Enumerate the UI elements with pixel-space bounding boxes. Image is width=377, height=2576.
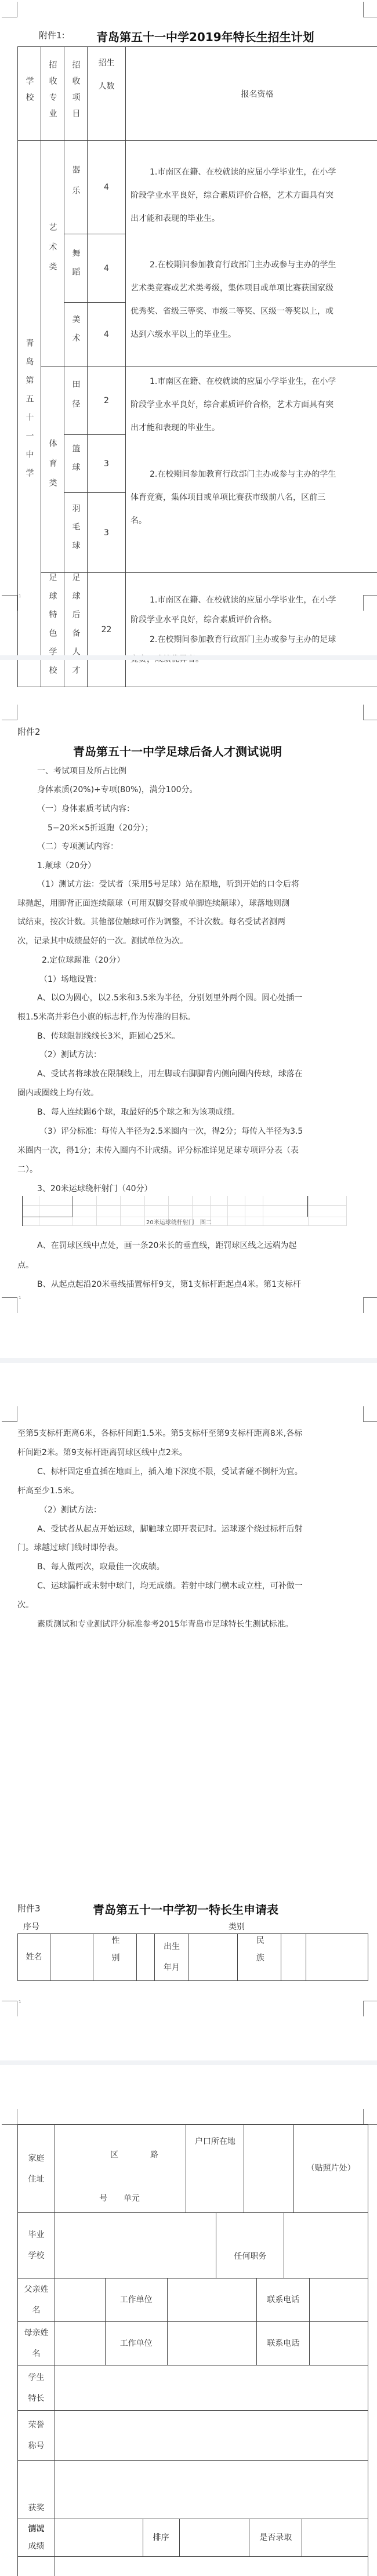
paragraph: （1）测试方法：受试者（采用5号足球）站在原地，听到开始的口令后将 [37,879,299,890]
crop-mark [363,2001,377,2016]
paragraph: 5−20米×5折返跑（20分）； [48,822,153,834]
paragraph: B、每人做两次，取最佳一次成绩。 [37,1561,165,1573]
honors-label: 荣誉称号 [18,2411,55,2461]
item-cell: 舞蹈 [64,234,88,303]
page-separator [0,2060,377,2065]
figure-caption: 20米运球绕杆射门 图二 [146,1217,212,1226]
item-cell: 篮球 [64,435,88,493]
district-label: 区 [110,2149,118,2161]
blank-cell [306,1934,368,1981]
mother-work-label: 工作单位 [105,2322,167,2365]
score-row: 测试成绩 排序 是否录取 [17,2519,368,2557]
attachment-label: 附件1: [39,29,65,41]
address-row: 家庭住址 区 路 号 单元 户口所在地 （贴照片处） [17,2124,368,2213]
birth-label: 出生年月 [155,1934,188,1981]
qualification-cell: 1.市南区在籍、在校就读的应届小学毕业生，在小学 阶段学业水平良好，综合素质评价… [126,573,377,687]
test-score-label: 测试成绩 [18,2519,55,2557]
paragraph: 圈内或圈线上均有效。 [17,1087,99,1099]
mother-work-input[interactable] [167,2322,257,2365]
father-work-label: 工作单位 [105,2279,167,2322]
admitted-input[interactable] [302,2519,368,2557]
item-cell: 美术 [64,303,88,367]
crop-mark [2,2,17,17]
ethnicity-label: 民族 [238,1934,281,1981]
school-cell: 青岛第五十一中学 [18,141,41,687]
position-label: 任何职务 [216,2213,284,2279]
header-major: 招收专业 [41,47,64,141]
paragraph: B、传球限制线线长3米，距圆心25米。 [37,1031,180,1042]
dribble-field-figure: 20米运球绕杆射门 图二 [22,1196,347,1226]
position-input[interactable] [284,2213,368,2279]
table-row: 体育类 田径 2 1.市南区在籍、在校就读的应届小学毕业生，在小学 阶段学业水平… [18,367,377,435]
crop-mark [363,595,377,611]
paragraph: A、受试者从起点开始运球，脚触球立即开表记时。运球逐个绕过标杆后射 [37,1523,303,1535]
paragraph: 身体素质(20%)+专项(80%)，满分100分。 [37,784,198,796]
mother-phone-label: 联系电话 [257,2322,310,2365]
paragraph: B、每人连续踢6个球，取最好的5个球之和为该项成绩。 [37,1106,240,1118]
page-number: 1 [19,594,21,598]
hukou-label: 户口所在地 [186,2125,244,2213]
start-line [307,1196,308,1217]
road-label: 路 [150,2149,158,2161]
hukou-input[interactable] [244,2125,294,2213]
page-number: 1 [19,2000,21,2004]
header-qualification: 报名资格 [126,47,377,141]
serial-label: 序号 [23,1921,39,1932]
page-number: 1 [19,1296,21,1300]
header-item: 招收项目 [64,47,88,141]
awards-row: 获奖情况 [17,2460,368,2576]
mother-row: 母亲姓 名 工作单位 联系电话 [17,2321,368,2365]
item-cell: 羽毛球 [64,493,88,573]
father-name-input[interactable] [55,2279,105,2322]
penalty-box-line [22,1217,72,1217]
paragraph: 二）。 [17,1164,38,1175]
header-school: 学校 [18,47,41,141]
gender-input[interactable] [136,1934,154,1981]
page-separator [0,655,377,660]
gender-label: 性别 [93,1934,136,1981]
page-title: 青岛第五十一中学2019年特长生招生计划 [96,28,314,45]
photo-area[interactable]: （贴照片处） [294,2125,368,2213]
paragraph: （3）评分标准：每传入半径为2.5米圈内一次，得2分；每传入半径为3.5 [39,1126,303,1137]
qualification-cell: 1.市南区在籍、在校就读的应届小学毕业生，在小学 阶段学业水平良好，综合素质评价… [126,141,377,367]
admitted-label: 是否录取 [249,2519,302,2557]
count-cell: 22 [88,573,126,687]
page-separator [0,1358,377,1363]
count-cell: 4 [88,234,126,303]
item-cell: 足球后备人才 [64,573,88,687]
paragraph: C、标杆固定垂直插在地面上，插入地下深度不限，受试者碰不倒杆为宜。 [37,1466,303,1478]
crop-mark [363,2109,377,2125]
item-cell: 田径 [64,367,88,435]
father-phone-label: 联系电话 [257,2279,310,2322]
item-cell: 器乐 [64,141,88,234]
mother-name-input[interactable] [55,2322,105,2365]
name-label: 姓名 [18,1934,50,1981]
page-title: 青岛第五十一中学足球后备人才测试说明 [73,742,282,759]
paragraph: 试结束，按次计数。其他部位触球可作为调整，不计次数。每名受试者测两 [17,916,285,928]
paragraph: 杆间距2米。第9支标杆距离罚球区线中点2米。 [17,1447,187,1458]
name-input[interactable] [50,1934,93,1981]
grad-school-label: 毕业学校 [18,2213,55,2279]
penalty-box-side [72,1196,72,1217]
crop-mark [2,2109,17,2125]
table-row: 姓名 性别 出生年月 民族 [18,1934,368,1981]
attachment-label: 附件3 [17,1902,41,1914]
paragraph: 次。 [17,1599,34,1611]
paragraph: 次，记录其中成绩最好的一次。测试单位为次。 [17,935,188,947]
crop-mark [2,2001,17,2016]
paragraph: C、运球漏杆或未射中球门，均无成绩。若射中球门横木或立柱，可补做一 [37,1580,303,1592]
paragraph: 3、20米运球绕杆射门（40分） [37,1183,153,1195]
crop-mark [2,1297,17,1313]
specialty-input[interactable] [55,2365,368,2411]
paragraph: B、从起点起沿20米垂线插置标杆9支，第1支标杆距起点4米。第1支标杆 [37,1279,301,1290]
rank-label: 排序 [143,2519,179,2557]
home-address-label: 家庭住址 [18,2125,55,2213]
count-cell: 2 [88,367,126,435]
birth-input[interactable] [188,1934,238,1981]
paragraph: A、受试者将球放在限制线上，用左脚或右脚脚背内侧向圈内传球，球落在 [37,1068,303,1080]
crop-mark [363,1406,377,1422]
table-header-row: 学校 招收专业 招收项目 招生人数 报名资格 [18,47,377,141]
crop-mark [2,1406,17,1422]
paragraph: A、以O为圆心，以2.5米和3.5米为半径，分别划里外两个圆。圆心处插一 [37,992,302,1004]
mother-name-label: 母亲姓 名 [18,2322,55,2365]
honors-row: 荣誉称号 [17,2410,368,2461]
paragraph: （2）测试方法： [39,1504,101,1516]
number-label: 号 [99,2193,107,2204]
father-name-label: 父亲姓 名 [18,2279,55,2322]
grad-school-input[interactable] [55,2213,216,2279]
category-cell: 体育类 [41,367,64,573]
attachment-label: 附件2 [17,725,41,738]
mother-phone-input[interactable] [310,2322,368,2365]
paragraph: 素质测试和专业测试评分标准参考2015年青岛市足球特长生测试标准。 [37,1619,293,1630]
rank-input[interactable] [179,2519,249,2557]
category-label: 类别 [229,1921,245,1932]
father-work-input[interactable] [167,2279,257,2322]
section-heading: 一、考试项目及所占比例 [37,765,126,777]
paragraph: 杆高至少1.5米。 [17,1485,79,1497]
header-count: 招生人数 [88,47,126,141]
category-cell: 艺术类 [41,141,64,367]
goal-post-left [22,1196,23,1226]
specialty-label: 学生特长 [18,2365,55,2411]
paragraph: 米圈内一次，得1分；未传入圈内不计成绩。评分标准详见足球专项评分表（表 [17,1145,299,1156]
paragraph: （2）测试方法： [39,1049,101,1061]
paragraph: 至第5支标杆距离6米，各标杆间距1.5米。第5支标杆至第9支标杆距离8米,各标 [17,1428,302,1439]
enrollment-plan-table: 学校 招收专业 招收项目 招生人数 报名资格 青岛第五十一中学 艺术类 器乐 4… [17,46,377,687]
paragraph: 2.定位球踢准（20分） [42,955,125,966]
school-row: 毕业学校 任何职务 [17,2212,368,2279]
application-form-basic: 姓名 性别 出生年月 民族 [17,1933,368,1981]
paragraph: 球抛起，用脚背正面连续颠球（可用双脚交替或单脚连续颠球），球落地则测 [17,898,289,909]
paragraph: 门。球越过球门线时即停表。 [17,1542,123,1554]
paragraph: （1）场地设置： [39,974,101,985]
father-row: 父亲姓 名 工作单位 联系电话 [17,2278,368,2322]
test-score-input[interactable] [55,2519,143,2557]
paragraph: 根1.5米高并彩色小旗的标志杆,作为传准的目标。 [17,1011,195,1023]
paragraph: 点。 [17,1260,34,1271]
paragraph: A、在罚球区线中点处，画一条20米长的垂直线，距罚球区线之远端为起 [37,1240,296,1251]
paragraph: （二）专项测试内容： [37,841,118,852]
paragraph: 1.颠球（20分） [37,860,96,872]
crop-mark [363,1297,377,1313]
count-cell: 4 [88,303,126,367]
crop-mark [363,2,377,17]
page-title: 青岛第五十一中学初一特长生申请表 [93,1900,278,1917]
category-cell: 足球特色学校 [41,573,64,687]
father-phone-input[interactable] [310,2279,368,2322]
count-cell: 3 [88,435,126,493]
application-form-details: 家庭住址 区 路 号 单元 户口所在地 （贴照片处） 毕业学校 任何职务 父亲姓… [17,2124,368,2557]
crop-mark [2,705,17,720]
honors-input[interactable] [55,2411,368,2461]
unit-label: 单元 [124,2193,140,2204]
specialty-row: 学生特长 [17,2365,368,2411]
qualification-cell: 1.市南区在籍、在校就读的应届小学毕业生，在小学 阶段学业水平良好，综合素质评价… [126,367,377,573]
table-row: 青岛第五十一中学 艺术类 器乐 4 1.市南区在籍、在校就读的应届小学毕业生，在… [18,141,377,234]
crop-mark [363,705,377,720]
count-cell: 4 [88,141,126,234]
table-row: 足球特色学校 足球后备人才 22 1.市南区在籍、在校就读的应届小学毕业生，在小… [18,573,377,687]
count-cell: 3 [88,493,126,573]
crop-mark [2,595,17,611]
paragraph: （一）身体素质考试内容： [37,803,135,815]
home-address-input[interactable]: 区 路 号 单元 [55,2125,186,2213]
ethnicity-input[interactable] [281,1934,306,1981]
